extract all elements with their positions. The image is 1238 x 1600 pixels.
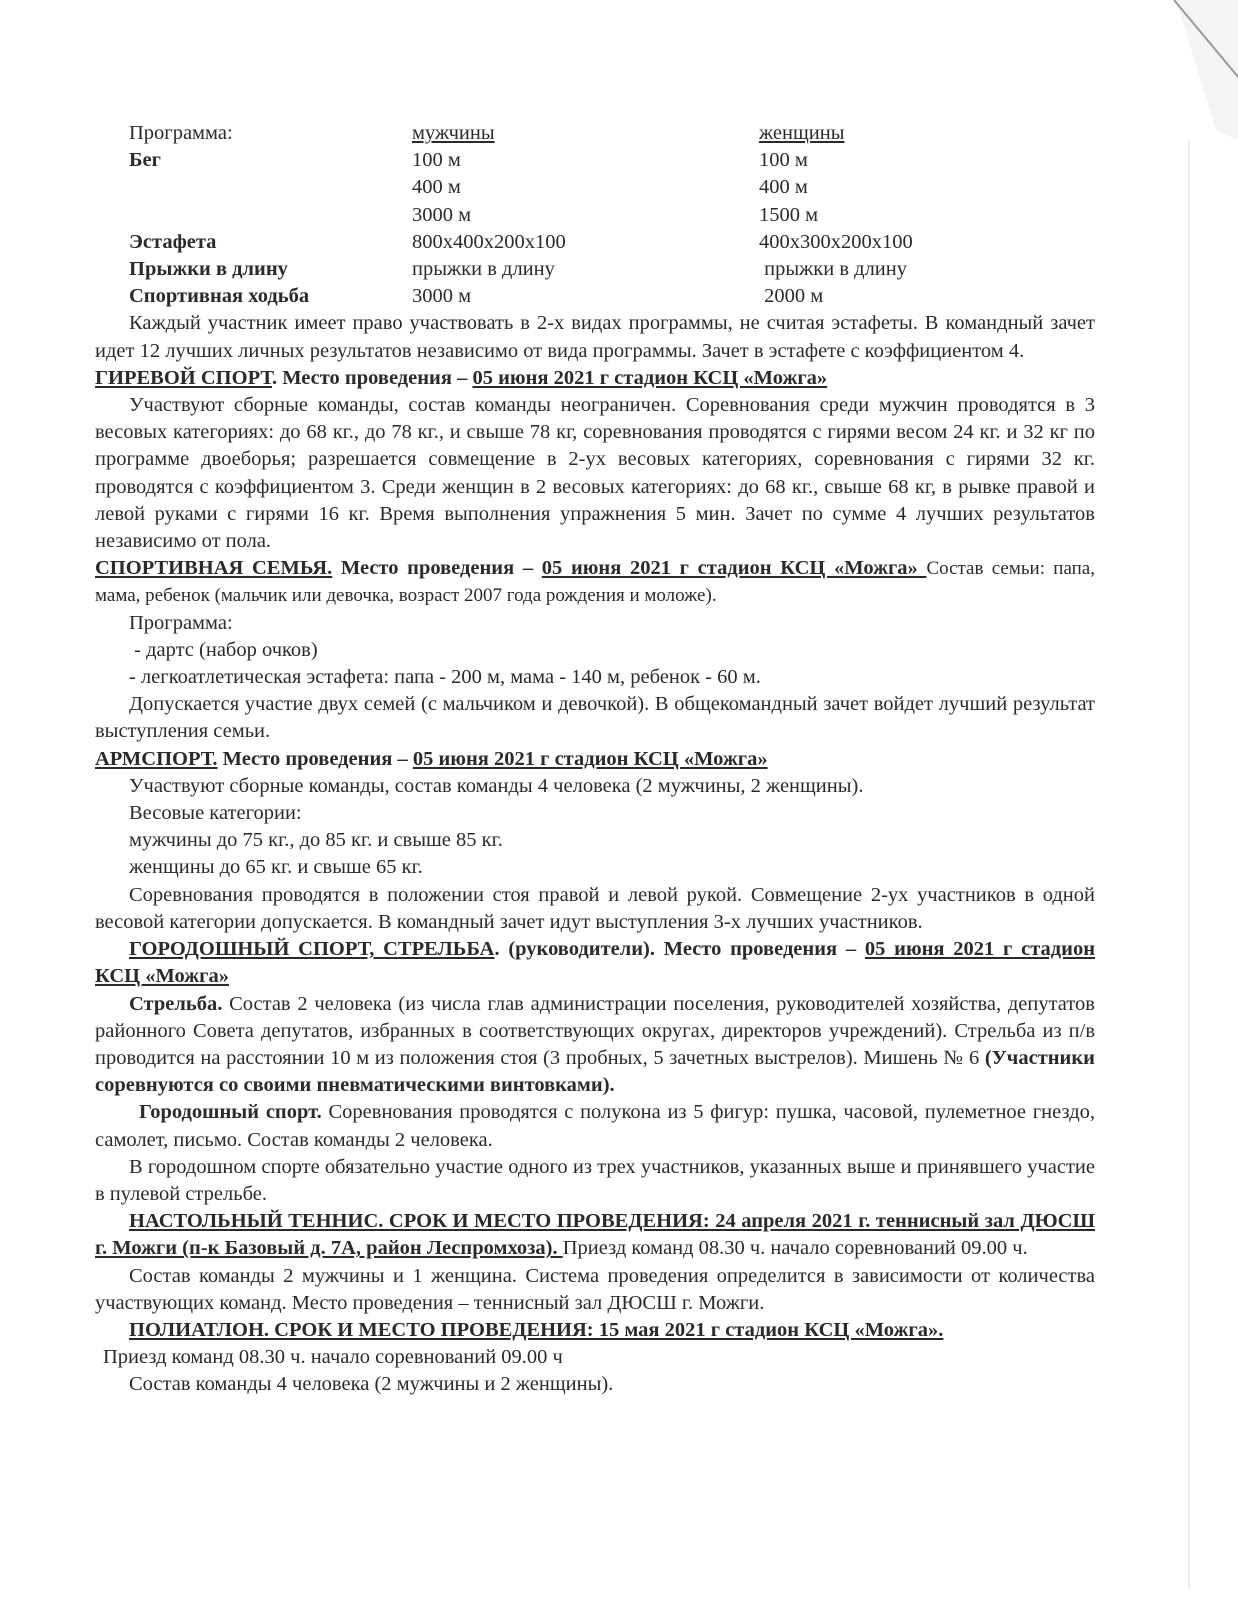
gorodki-heading: ГОРОДОШНЫЙ СПОРТ, СТРЕЛЬБА. (руководител… — [95, 936, 1095, 990]
program-cell-men: 3000 м — [412, 283, 759, 310]
program-cell-event — [95, 202, 412, 229]
gorodki-note: В городошном спорте обязательно участие … — [95, 1154, 1095, 1208]
shooting-label: Стрельба. — [129, 993, 222, 1015]
program-cell-event: Спортивная ходьба — [95, 283, 412, 310]
armsport-weights-label: Весовые категории: — [95, 800, 1095, 827]
program-cell-women: 1500 м — [759, 202, 1095, 229]
men-header: мужчины — [412, 120, 759, 147]
family-heading: СПОРТИВНАЯ СЕМЬЯ. Место проведения – 05 … — [95, 555, 1095, 609]
gorodki-label: Городошный спорт. — [139, 1101, 322, 1123]
place-label: Место проведения – — [218, 748, 413, 770]
place-label: . Место проведения – — [272, 367, 473, 389]
tennis-arrival: Приезд команд 08.30 ч. начало соревнован… — [563, 1237, 1028, 1259]
armsport-text: Соревнования проводятся в положении стоя… — [95, 882, 1095, 936]
kettlebell-heading: ГИРЕВОЙ СПОРТ. Место проведения – 05 июн… — [95, 365, 1095, 392]
family-program-item: - легкоатлетическая эстафета: папа - 200… — [95, 664, 1095, 691]
program-table: Программа: мужчины женщины Бег100 м100 м… — [95, 120, 1095, 310]
polyathlon-text: Состав команды 4 человека (2 мужчины и 2… — [95, 1371, 1095, 1398]
program-label: Программа: — [95, 120, 412, 147]
polyathlon-arrival: Приезд команд 08.30 ч. начало соревнован… — [95, 1344, 1095, 1371]
armsport-place: 05 июня 2021 г стадион КСЦ «Можга» — [413, 748, 768, 770]
program-cell-women: 2000 м — [759, 283, 1095, 310]
fold-edge — [1188, 140, 1190, 1590]
program-cell-women: 400х300х200х100 — [759, 229, 1095, 256]
program-cell-women: прыжки в длину — [759, 256, 1095, 283]
tennis-heading: НАСТОЛЬНЫЙ ТЕННИС. СРОК И МЕСТО ПРОВЕДЕН… — [95, 1208, 1095, 1262]
tennis-text: Состав команды 2 мужчины и 1 женщина. Си… — [95, 1263, 1095, 1317]
program-cell-men: прыжки в длину — [412, 256, 759, 283]
family-place: 05 июня 2021 г стадион КСЦ «Можга» — [542, 557, 927, 579]
armsport-women: женщины до 65 кг. и свыше 65 кг. — [95, 854, 1095, 881]
place-label: Место проведения – — [332, 557, 542, 579]
athletics-note: Каждый участник имеет право участвовать … — [95, 310, 1095, 364]
shooting-paragraph: Стрельба. Состав 2 человека (из числа гл… — [95, 991, 1095, 1100]
family-title: СПОРТИВНАЯ СЕМЬЯ. — [95, 557, 332, 579]
gorodki-paragraph: Городошный спорт. Соревнования проводятс… — [95, 1099, 1095, 1153]
program-cell-men: 800х400х200х100 — [412, 229, 759, 256]
program-cell-event: Прыжки в длину — [95, 256, 412, 283]
armsport-heading: АРМСПОРТ. Место проведения – 05 июня 202… — [95, 746, 1095, 773]
program-cell-women: 100 м — [759, 147, 1095, 174]
kettlebell-place: 05 июня 2021 г стадион КСЦ «Можга» — [472, 367, 827, 389]
armsport-men: мужчины до 75 кг., до 85 кг. и свыше 85 … — [95, 827, 1095, 854]
program-cell-event — [95, 174, 412, 201]
family-program-item: - дартс (набор очков) — [95, 637, 1095, 664]
kettlebell-text: Участвуют сборные команды, состав команд… — [95, 392, 1095, 555]
family-note: Допускается участие двух семей (с мальчи… — [95, 691, 1095, 745]
folded-corner — [1088, 0, 1238, 140]
polyathlon-title: ПОЛИАТЛОН. СРОК И МЕСТО ПРОВЕДЕНИЯ: 15 м… — [95, 1317, 1095, 1344]
program-cell-women: 400 м — [759, 174, 1095, 201]
document-page: Программа: мужчины женщины Бег100 м100 м… — [95, 120, 1095, 1399]
program-cell-men: 3000 м — [412, 202, 759, 229]
gorodki-title: ГОРОДОШНЫЙ СПОРТ, СТРЕЛЬБА — [129, 938, 494, 960]
shooting-text: Состав 2 человека (из числа глав админис… — [95, 993, 1095, 1069]
armsport-team: Участвуют сборные команды, состав команд… — [95, 773, 1095, 800]
program-cell-men: 100 м — [412, 147, 759, 174]
program-cell-event: Эстафета — [95, 229, 412, 256]
program-cell-event: Бег — [95, 147, 412, 174]
armsport-title: АРМСПОРТ. — [95, 748, 218, 770]
family-program-label: Программа: — [95, 610, 1095, 637]
gorodki-sub: . (руководители). Место проведения – — [494, 938, 864, 960]
women-header: женщины — [759, 120, 1095, 147]
program-cell-men: 400 м — [412, 174, 759, 201]
kettlebell-title: ГИРЕВОЙ СПОРТ — [95, 367, 272, 389]
